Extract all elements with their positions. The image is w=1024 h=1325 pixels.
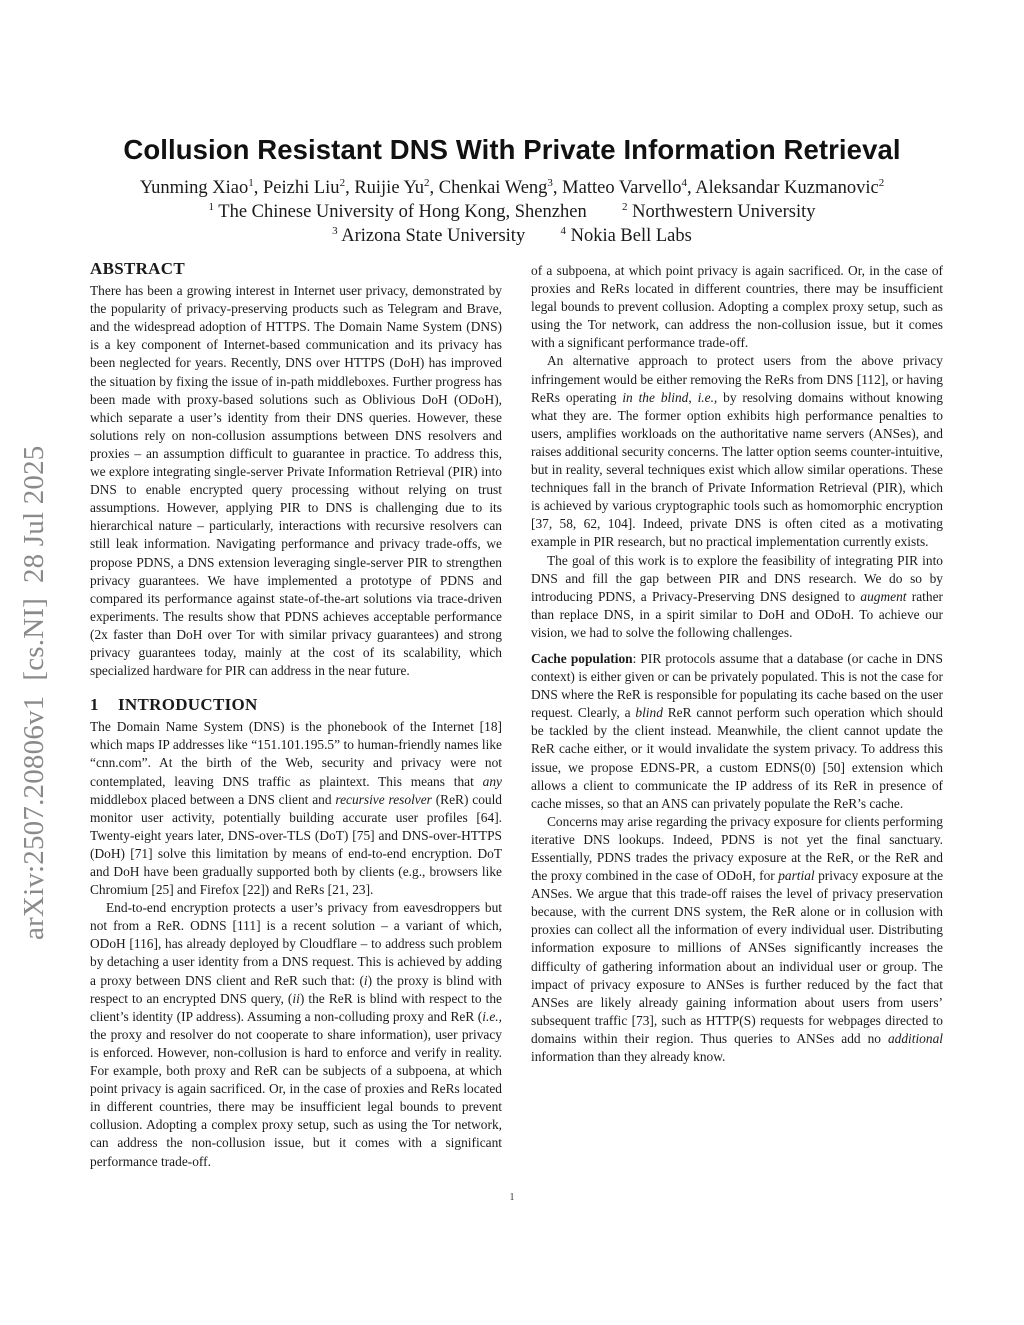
affiliation-number: 2 <box>622 201 628 213</box>
author: Chenkai Weng <box>439 178 548 198</box>
author: Aleksandar Kuzmanovic <box>695 178 878 198</box>
intro-paragraph-2: End-to-end encryption protects a user’s … <box>90 899 502 1208</box>
affiliation: The Chinese University of Hong Kong, She… <box>218 202 586 222</box>
intro-paragraph-2-continued: of a subpoena, at which point privacy is… <box>531 262 943 352</box>
author-block: Yunming Xiao1, Peizhi Liu2, Ruijie Yu2, … <box>0 176 1024 248</box>
section-title: INTRODUCTION <box>118 695 258 714</box>
paper-title: Collusion Resistant DNS With Private Inf… <box>0 134 1024 166</box>
affiliation-line: 3 Arizona State University 4 Nokia Bell … <box>0 224 1024 248</box>
intro-paragraph-cache-population: Cache population: PIR protocols assume t… <box>531 650 943 813</box>
affiliation-number: 3 <box>332 225 338 237</box>
affiliation-number: 1 <box>209 201 215 213</box>
affiliation-line: 1 The Chinese University of Hong Kong, S… <box>0 200 1024 224</box>
author: Matteo Varvello <box>562 178 681 198</box>
author: Ruijie Yu <box>354 178 424 198</box>
intro-paragraph-3: An alternative approach to protect users… <box>531 352 943 551</box>
affiliation: Arizona State University <box>341 226 525 246</box>
author-list: Yunming Xiao1, Peizhi Liu2, Ruijie Yu2, … <box>0 176 1024 200</box>
right-column: of a subpoena, at which point privacy is… <box>531 262 943 1066</box>
introduction-heading: 1INTRODUCTION <box>90 696 502 714</box>
run-in-heading: Cache population <box>531 651 633 666</box>
page-number: 1 <box>0 1192 1024 1203</box>
abstract-text: There has been a growing interest in Int… <box>90 282 502 680</box>
author-affiliation-marker: 4 <box>682 177 688 189</box>
abstract-heading: ABSTRACT <box>90 260 502 278</box>
author-affiliation-marker: 2 <box>340 177 346 189</box>
affiliation: Northwestern University <box>632 202 815 222</box>
affiliation: Nokia Bell Labs <box>571 226 692 246</box>
affiliation-number: 4 <box>560 225 566 237</box>
author: Peizhi Liu <box>263 178 340 198</box>
author-affiliation-marker: 1 <box>248 177 254 189</box>
intro-paragraph-4: The goal of this work is to explore the … <box>531 552 943 642</box>
intro-paragraph-1: The Domain Name System (DNS) is the phon… <box>90 718 502 899</box>
author-affiliation-marker: 2 <box>879 177 885 189</box>
arxiv-identifier-stamp: arXiv:2507.20806v1 [cs.NI] 28 Jul 2025 <box>18 340 51 940</box>
intro-paragraph-6: Concerns may arise regarding the privacy… <box>531 813 943 1066</box>
author: Yunming Xiao <box>140 178 248 198</box>
section-number: 1 <box>90 696 118 714</box>
author-affiliation-marker: 2 <box>424 177 430 189</box>
author-affiliation-marker: 3 <box>547 177 553 189</box>
left-column: ABSTRACT There has been a growing intere… <box>90 260 502 1208</box>
